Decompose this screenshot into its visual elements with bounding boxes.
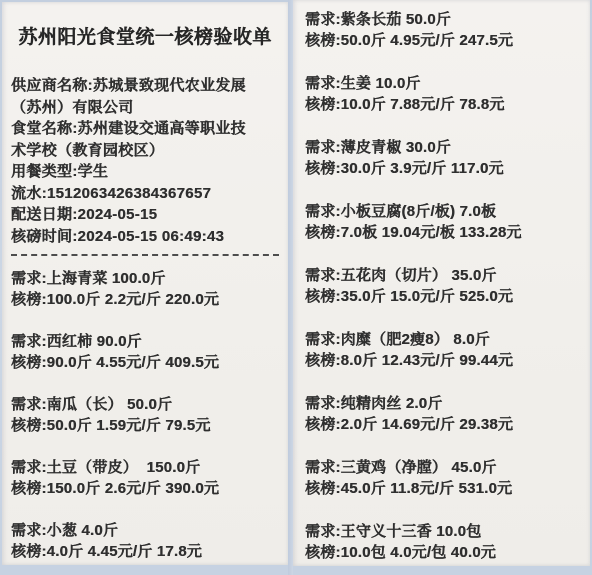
item-verified-line: 核榜:100.0斤 2.2元/斤 220.0元	[11, 289, 279, 310]
header-line-canteen-name-wrap: 术学校（教育园校区）	[11, 140, 279, 162]
item-shanghai-greens: 需求:上海青菜 100.0斤 核榜:100.0斤 2.2元/斤 220.0元	[11, 268, 279, 310]
item-tomato: 需求:西红柿 90.0斤 核榜:90.0斤 4.55元/斤 409.5元	[11, 331, 279, 373]
item-verified-line: 核榜:150.0斤 2.6元/斤 390.0元	[11, 478, 279, 499]
item-tofu-board: 需求:小板豆腐(8斤/板) 7.0板 核榜:7.0板 19.04元/板 133.…	[305, 201, 580, 243]
item-verified-line: 核榜:10.0包 4.0元/包 40.0元	[305, 542, 580, 563]
item-verified-line: 核榜:90.0斤 4.55元/斤 409.5元	[11, 352, 279, 373]
item-demand-line: 需求:三黄鸡（净膛） 45.0斤	[305, 457, 580, 478]
header-line-meal-type: 用餐类型:学生	[11, 161, 279, 183]
item-verified-line: 核榜:8.0斤 12.43元/斤 99.44元	[305, 350, 580, 371]
item-verified-line: 核榜:10.0斤 7.88元/斤 78.8元	[305, 94, 580, 115]
receipt-title: 苏州阳光食堂统一核榜验收单	[11, 22, 279, 49]
item-verified-line: 核榜:7.0板 19.04元/板 133.28元	[305, 222, 580, 243]
left-receipt-strip: 苏州阳光食堂统一核榜验收单 供应商名称:苏城景致现代农业发展 （苏州）有限公司 …	[2, 2, 288, 565]
item-demand-line: 需求:小板豆腐(8斤/板) 7.0板	[305, 201, 580, 222]
header-line-supplier-name: 供应商名称:苏城景致现代农业发展	[11, 75, 279, 97]
item-demand-line: 需求:西红柿 90.0斤	[11, 331, 279, 352]
item-pumpkin: 需求:南瓜（长） 50.0斤 核榜:50.0斤 1.59元/斤 79.5元	[11, 394, 279, 436]
header-line-canteen-name: 食堂名称:苏州建设交通高等职业技	[11, 118, 279, 140]
item-thirteen-spice: 需求:王守义十三香 10.0包 核榜:10.0包 4.0元/包 40.0元	[305, 521, 580, 563]
item-chicken: 需求:三黄鸡（净膛） 45.0斤 核榜:45.0斤 11.8元/斤 531.0元	[305, 457, 580, 499]
item-demand-line: 需求:肉糜（肥2瘦8） 8.0斤	[305, 329, 580, 350]
item-verified-line: 核榜:50.0斤 1.59元/斤 79.5元	[11, 415, 279, 436]
item-demand-line: 需求:薄皮青椒 30.0斤	[305, 137, 580, 158]
item-verified-line: 核榜:35.0斤 15.0元/斤 525.0元	[305, 286, 580, 307]
item-demand-line: 需求:纯精肉丝 2.0斤	[305, 393, 580, 414]
right-receipt-strip: 需求:紫条长茄 50.0斤 核榜:50.0斤 4.95元/斤 247.5元 需求…	[293, 0, 590, 566]
header-line-supplier-name-wrap: （苏州）有限公司	[11, 97, 279, 119]
item-potato: 需求:土豆（带皮） 150.0斤 核榜:150.0斤 2.6元/斤 390.0元	[11, 457, 279, 499]
header-line-delivery-date: 配送日期:2024-05-15	[11, 204, 279, 226]
item-verified-line: 核榜:50.0斤 4.95元/斤 247.5元	[305, 30, 580, 51]
item-minced-pork: 需求:肉糜（肥2瘦8） 8.0斤 核榜:8.0斤 12.43元/斤 99.44元	[305, 329, 580, 371]
item-verified-line: 核榜:4.0斤 4.45元/斤 17.8元	[11, 541, 279, 562]
item-purple-eggplant: 需求:紫条长茄 50.0斤 核榜:50.0斤 4.95元/斤 247.5元	[305, 9, 580, 51]
item-demand-line: 需求:上海青菜 100.0斤	[11, 268, 279, 289]
item-demand-line: 需求:五花肉（切片） 35.0斤	[305, 265, 580, 286]
item-verified-line: 核榜:30.0斤 3.9元/斤 117.0元	[305, 158, 580, 179]
dashed-divider	[11, 254, 279, 256]
item-pork-belly: 需求:五花肉（切片） 35.0斤 核榜:35.0斤 15.0元/斤 525.0元	[305, 265, 580, 307]
item-demand-line: 需求:南瓜（长） 50.0斤	[11, 394, 279, 415]
item-lean-pork-shreds: 需求:纯精肉丝 2.0斤 核榜:2.0斤 14.69元/斤 29.38元	[305, 393, 580, 435]
header-line-weighing-time: 核磅时间:2024-05-15 06:49:43	[11, 226, 279, 248]
item-demand-line: 需求:王守义十三香 10.0包	[305, 521, 580, 542]
item-ginger: 需求:生姜 10.0斤 核榜:10.0斤 7.88元/斤 78.8元	[305, 73, 580, 115]
header-line-serial-number: 流水:1512063426384367657	[11, 183, 279, 205]
item-demand-line: 需求:土豆（带皮） 150.0斤	[11, 457, 279, 478]
item-scallion: 需求:小葱 4.0斤 核榜:4.0斤 4.45元/斤 17.8元	[11, 520, 279, 562]
item-demand-line: 需求:生姜 10.0斤	[305, 73, 580, 94]
item-verified-line: 核榜:2.0斤 14.69元/斤 29.38元	[305, 414, 580, 435]
item-verified-line: 核榜:45.0斤 11.8元/斤 531.0元	[305, 478, 580, 499]
item-demand-line: 需求:紫条长茄 50.0斤	[305, 9, 580, 30]
item-green-pepper: 需求:薄皮青椒 30.0斤 核榜:30.0斤 3.9元/斤 117.0元	[305, 137, 580, 179]
item-demand-line: 需求:小葱 4.0斤	[11, 520, 279, 541]
scanned-receipt-canvas: 苏州阳光食堂统一核榜验收单 供应商名称:苏城景致现代农业发展 （苏州）有限公司 …	[0, 0, 592, 575]
